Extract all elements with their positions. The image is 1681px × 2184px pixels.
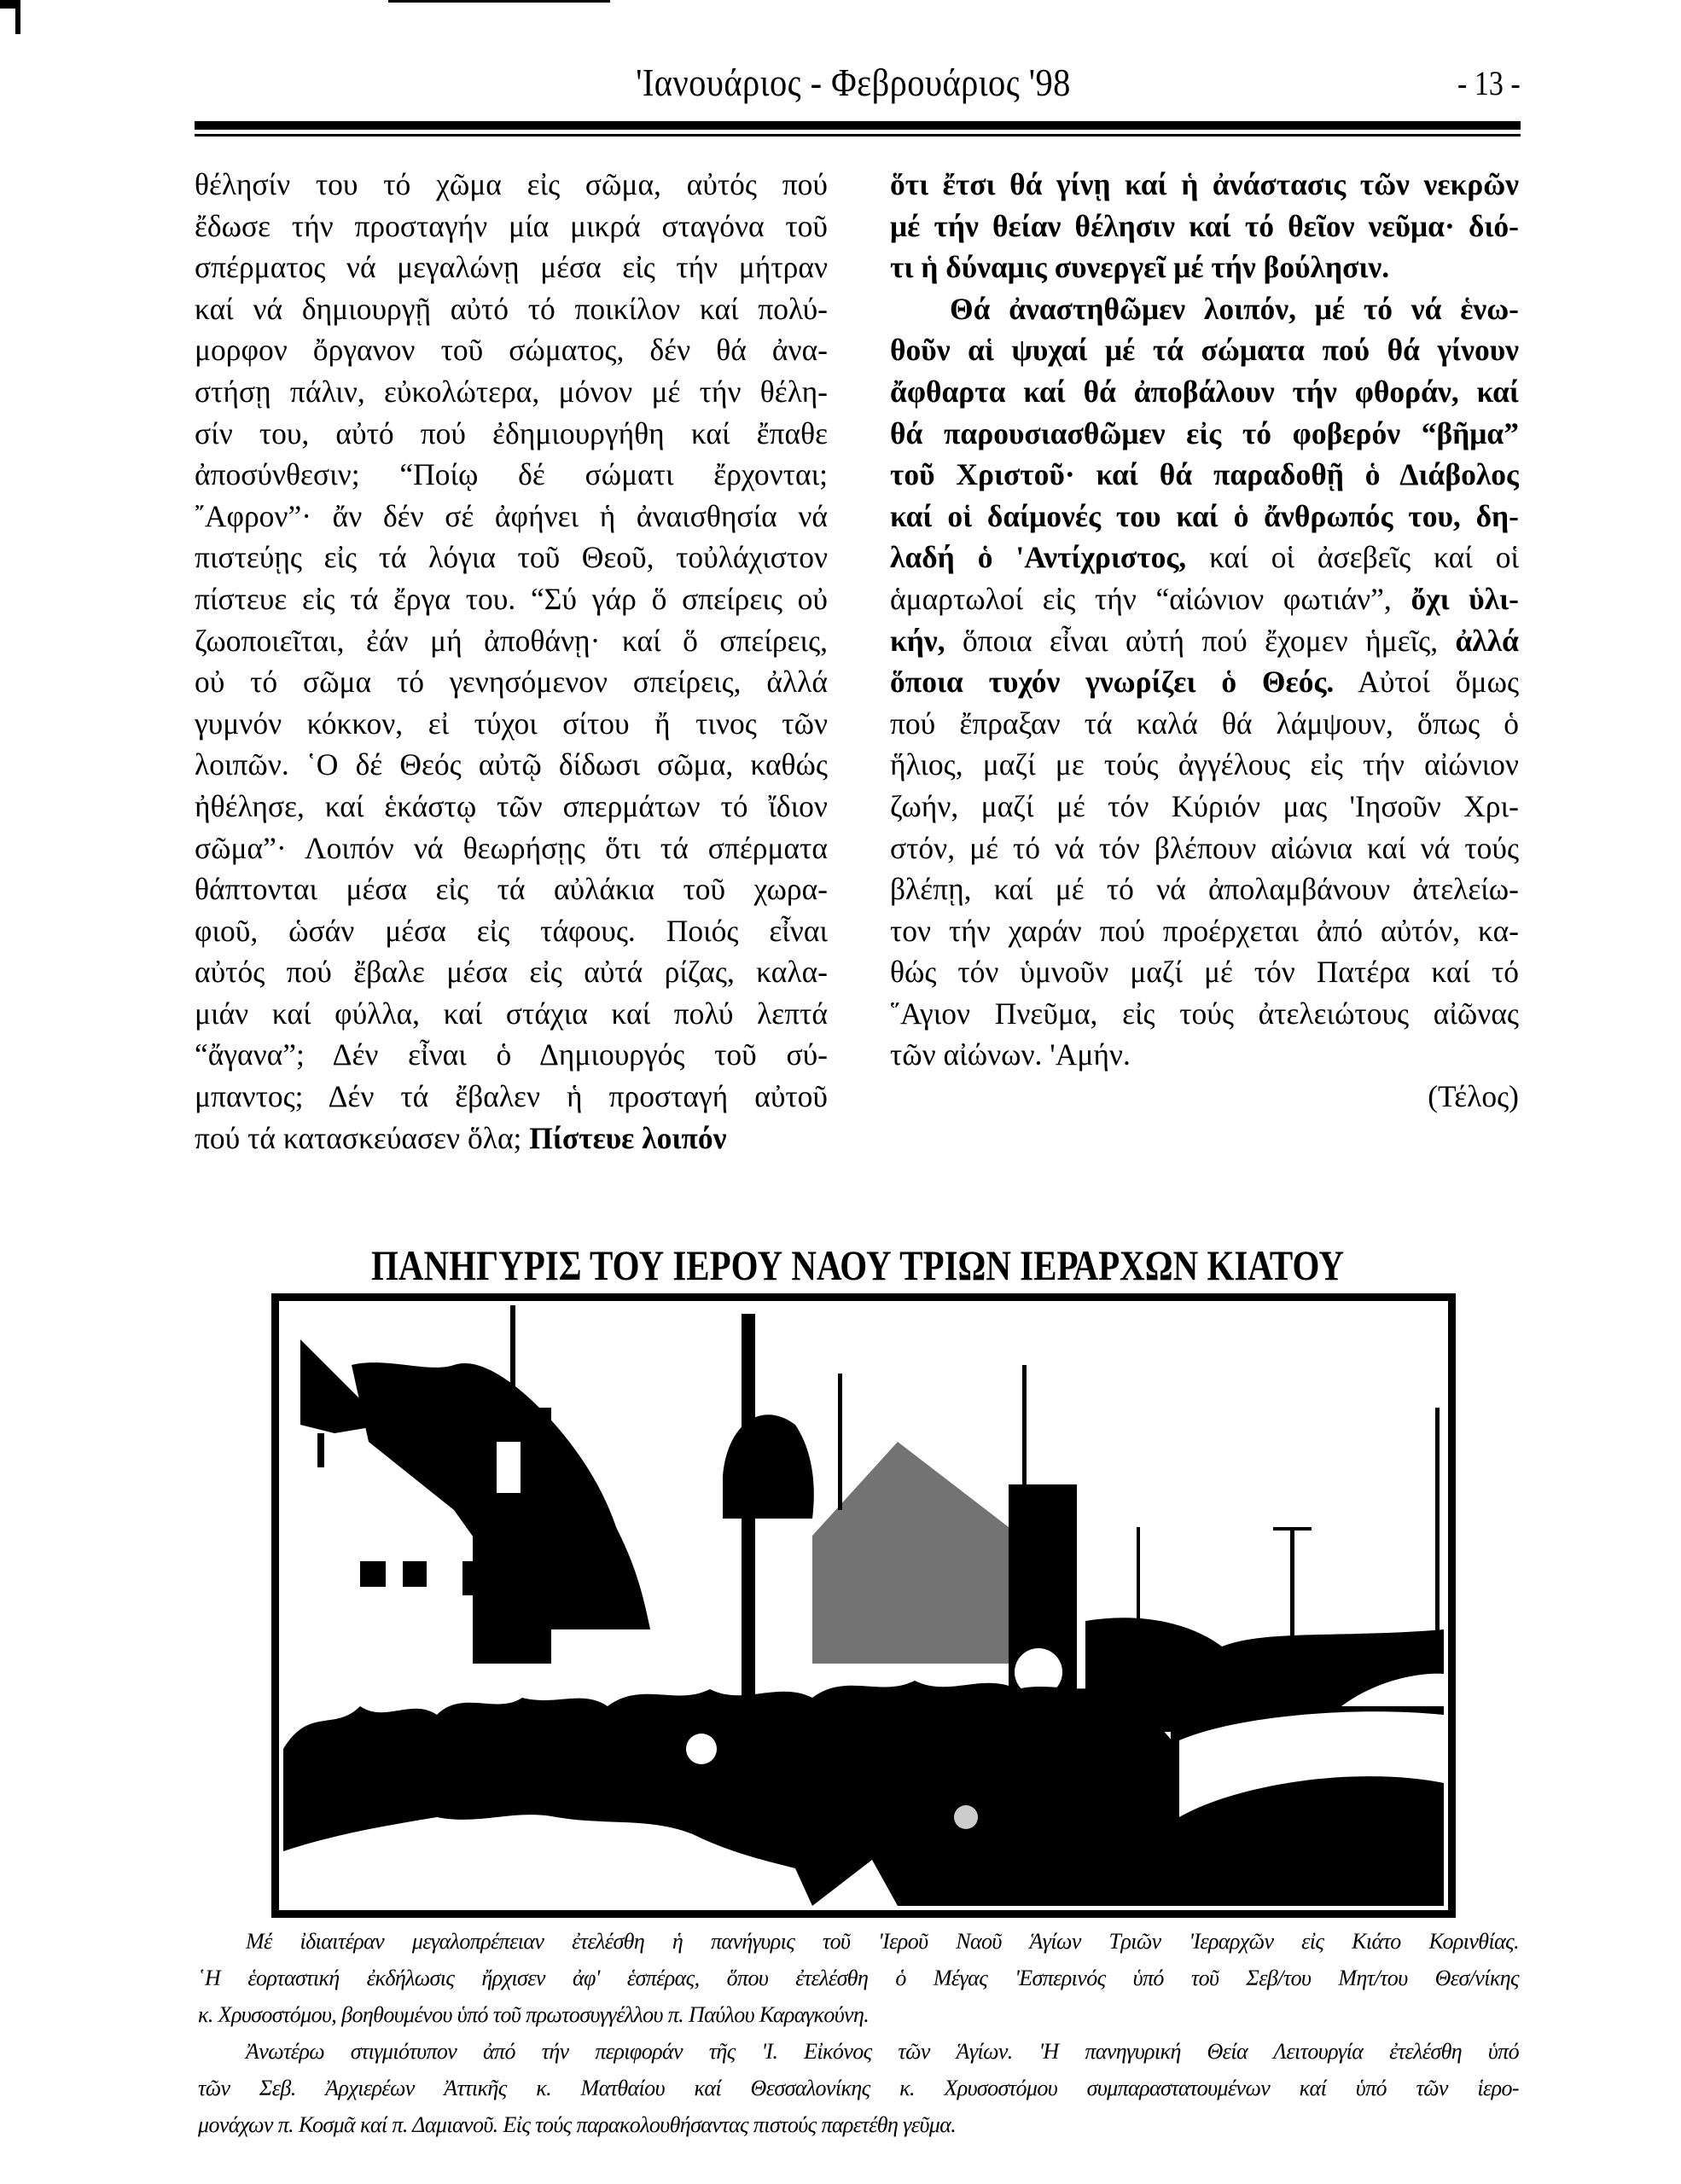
text-run: ἀποσύνθεσιν; “Ποίῳ δέ σώματι ἔρχονται; bbox=[195, 457, 828, 491]
article-column-right: ὅτι ἔτσι θά γίνῃ καί ἡ ἀνάστασις τῶν νεκ… bbox=[890, 164, 1519, 1118]
text-line: στόν, μέ τό νά τόν βλέπουν αἰώνια καί νά… bbox=[890, 828, 1519, 869]
caption-line: Ἀνωτέρω στιγμιότυπον ἀπό τήν περιφοράν τ… bbox=[198, 2033, 1519, 2070]
photo-image bbox=[283, 1305, 1444, 1906]
text-line: ἄφθαρτα καί θά ἀποβάλουν τήν φθοράν, καί bbox=[890, 371, 1519, 413]
text-line: βλέπῃ, καί μέ τό νά ἀπολαμβάνουν ἀτελείω… bbox=[890, 868, 1519, 910]
text-line: ὅποια τυχόν γνωρίζει ὁ Θεός. Αὐτοί ὅμως bbox=[890, 661, 1519, 703]
text-run: καί νά δημιουργῇ αὐτό τό ποικίλον καί πο… bbox=[195, 292, 828, 326]
text-line: ἀποσύνθεσιν; “Ποίῳ δέ σώματι ἔρχονται; bbox=[195, 454, 828, 496]
text-line: πιστεύῃς εἰς τά λόγια τοῦ Θεοῦ, τοὐλάχισ… bbox=[195, 537, 828, 578]
text-line: τοῦ Χριστοῦ· καί θά παραδοθῇ ὁ Διάβολος bbox=[890, 454, 1519, 496]
text-line: τῶν αἰώνων. 'Αμήν. bbox=[890, 1034, 1519, 1076]
text-line: θοῦν αἱ ψυχαί μέ τά σώματα πού θά γίνουν bbox=[890, 329, 1519, 371]
text-run: σίν του, αὐτό πού ἐδημιουργήθη καί ἔπαθε bbox=[195, 416, 828, 450]
text-run: μπαντος; Δέν τά ἔβαλεν ἡ προσταγή αὐτοῦ bbox=[195, 1079, 828, 1113]
text-run: ῞Αγιον Πνεῦμα, εἰς τούς ἀτελειώτους αἰῶν… bbox=[890, 996, 1519, 1031]
text-run: θάπτονται μέσα εἰς τά αὐλάκια τοῦ χωρα- bbox=[195, 872, 828, 906]
text-line: ἔδωσε τήν προσταγήν μία μικρά σταγόνα το… bbox=[195, 206, 828, 247]
issue-date-title: 'Ιανουάριος - Φεβρουάριος '98 bbox=[553, 60, 1154, 105]
text-run: σπέρματος νά μεγαλώνῃ μέσα εἰς τήν μήτρα… bbox=[195, 250, 828, 284]
text-line: καί οἱ δαίμονές του καί ὁ ἄνθρωπός του, … bbox=[890, 496, 1519, 537]
text-line: θώς τόν ὑμνοῦν μαζί μέ τόν Πατέρα καί τό bbox=[890, 951, 1519, 993]
text-line: μπαντος; Δέν τά ἔβαλεν ἡ προσταγή αὐτοῦ bbox=[195, 1076, 828, 1118]
bold-text-run: ὄχι ὑλι- bbox=[1411, 582, 1519, 616]
text-run: φιοῦ, ὡσάν μέσα εἰς τάφους. Ποιός εἶναι bbox=[195, 914, 828, 948]
photo-caption: Μέ ἰδιαιτέραν μεγαλοπρέπειαν ἐτελέσθη ἡ … bbox=[198, 1923, 1519, 2143]
procession-photo bbox=[271, 1293, 1456, 1918]
caption-line: τῶν Σεβ. Ἀρχιερέων Ἀττικῆς κ. Ματθαίου κ… bbox=[198, 2070, 1519, 2106]
bold-text-run: μέ τήν θείαν θέλησιν καί τό θεῖον νεῦμα·… bbox=[890, 209, 1519, 243]
text-line: ῎Αφρον”· ἄν δέν σέ ἀφήνει ἡ ἀναισθησία ν… bbox=[195, 496, 828, 537]
text-line: ἥλιος, μαζί με τούς ἀγγέλους εἰς τήν αἰώ… bbox=[890, 744, 1519, 786]
photo-graphic bbox=[283, 1305, 1444, 1906]
bold-text-run: ἄφθαρτα καί θά ἀποβάλουν τήν φθοράν, καί bbox=[890, 375, 1519, 409]
text-run: ζωήν, μαζί μέ τόν Κύριόν μας 'Ιησοῦν Χρι… bbox=[890, 789, 1519, 823]
bold-text-run: κήν, bbox=[890, 624, 945, 658]
text-line: ζωήν, μαζί μέ τόν Κύριόν μας 'Ιησοῦν Χρι… bbox=[890, 786, 1519, 828]
text-run: αὐτός πού ἔβαλε μέσα εἰς αὐτά ρίζας, καλ… bbox=[195, 955, 828, 989]
text-line: Θά ἀναστηθῶμεν λοιπόν, μέ τό νά ἑνω- bbox=[890, 288, 1519, 330]
text-run: μιάν καί φύλλα, καί στάχια καί πολύ λεπτ… bbox=[195, 996, 828, 1031]
text-run: λοιπῶν. ῾Ο δέ Θεός αὐτῷ δίδωσι σῶμα, καθ… bbox=[195, 747, 828, 781]
text-line: αὐτός πού ἔβαλε μέσα εἰς αὐτά ρίζας, καλ… bbox=[195, 951, 828, 993]
text-line: ὅτι ἔτσι θά γίνῃ καί ἡ ἀνάστασις τῶν νεκ… bbox=[890, 164, 1519, 206]
bold-text-run: Πίστευε λοιπόν bbox=[529, 1121, 726, 1155]
text-run: πιστεύῃς εἰς τά λόγια τοῦ Θεοῦ, τοὐλάχισ… bbox=[195, 540, 828, 574]
caption-line: ῾Η ἑορταστική ἐκδήλωσις ἤρχισεν ἀφ' ἑσπέ… bbox=[198, 1960, 1519, 1996]
text-line: θά παρουσιασθῶμεν εἰς τό φοβερόν “βῆμα” bbox=[890, 413, 1519, 455]
scan-artifact bbox=[15, 0, 20, 34]
text-line: γυμνόν κόκκον, εἰ τύχοι σίτου ἤ τινος τῶ… bbox=[195, 703, 828, 745]
text-run: ῎Αφρον”· ἄν δέν σέ ἀφήνει ἡ ἀναισθησία ν… bbox=[195, 499, 828, 533]
text-run: ἥλιος, μαζί με τούς ἀγγέλους εἰς τήν αἰώ… bbox=[890, 747, 1519, 781]
text-line: θέλησίν του τό χῶμα εἰς σῶμα, αὐτός πού bbox=[195, 164, 828, 206]
bold-text-run: τι ἡ δύναμις συνεργεῖ μέ τήν βούλησιν. bbox=[890, 250, 1389, 284]
end-mark: (Τέλος) bbox=[890, 1076, 1519, 1118]
text-line: οὐ τό σῶμα τό γενησόμενον σπείρεις, ἀλλά bbox=[195, 661, 828, 703]
article-column-left: θέλησίν του τό χῶμα εἰς σῶμα, αὐτός πούἔ… bbox=[195, 164, 828, 1159]
text-run: ζωοποιεῖται, ἐάν μή ἀποθάνῃ· καί ὅ σπείρ… bbox=[195, 624, 828, 658]
text-run: ἠθέλησε, καί ἑκάστῳ τῶν σπερμάτων τό ἴδι… bbox=[195, 789, 828, 823]
text-line: λοιπῶν. ῾Ο δέ Θεός αὐτῷ δίδωσι σῶμα, καθ… bbox=[195, 744, 828, 786]
text-run: ἔδωσε τήν προσταγήν μία μικρά σταγόνα το… bbox=[195, 209, 828, 243]
text-line: λαδή ὁ 'Αντίχριστος, καί οἱ ἀσεβεῖς καί … bbox=[890, 537, 1519, 578]
bold-text-run: θοῦν αἱ ψυχαί μέ τά σώματα πού θά γίνουν bbox=[890, 333, 1519, 367]
header-rule-thin bbox=[195, 134, 1521, 136]
text-run: γυμνόν κόκκον, εἰ τύχοι σίτου ἤ τινος τῶ… bbox=[195, 706, 828, 741]
text-run: στόν, μέ τό νά τόν βλέπουν αἰώνια καί νά… bbox=[890, 831, 1519, 865]
text-line: μορφον ὄργανον τοῦ σώματος, δέν θά ἀνα- bbox=[195, 329, 828, 371]
caption-line: μονάχων π. Κοσμᾶ καί π. Δαμιανοῦ. Εἰς το… bbox=[198, 2106, 1519, 2143]
text-run: ὅποια εἶναι αὐτή πού ἔχομεν ἡμεῖς, bbox=[945, 624, 1456, 658]
text-run: πίστευε εἰς τά ἔργα του. “Σύ γάρ ὅ σπείρ… bbox=[195, 582, 828, 616]
feature-heading: ΠΑΝΗΓΥΡΙΣ ΤΟΥ ΙΕΡΟΥ ΝΑΟΥ ΤΡΙΩΝ ΙΕΡΑΡΧΩΝ … bbox=[314, 1240, 1401, 1290]
text-line: πού ἔπραξαν τά καλά θά λάμψουν, ὅπως ὁ bbox=[890, 703, 1519, 745]
text-line: τον τήν χαράν πού προέρχεται ἀπό αὐτόν, … bbox=[890, 910, 1519, 952]
text-run: μορφον ὄργανον τοῦ σώματος, δέν θά ἀνα- bbox=[195, 333, 828, 367]
text-run: θώς τόν ὑμνοῦν μαζί μέ τόν Πατέρα καί τό bbox=[890, 955, 1519, 989]
bold-text-run: ὅτι ἔτσι θά γίνῃ καί ἡ ἀνάστασις τῶν νεκ… bbox=[890, 167, 1519, 201]
text-line: τι ἡ δύναμις συνεργεῖ μέ τήν βούλησιν. bbox=[890, 247, 1519, 288]
text-line: σίν του, αὐτό πού ἐδημιουργήθη καί ἔπαθε bbox=[195, 413, 828, 455]
text-line: σῶμα”· Λοιπόν νά θεωρήσῃς ὅτι τά σπέρματ… bbox=[195, 828, 828, 869]
caption-line: κ. Χρυσοστόμου, βοηθουμένου ὑπό τοῦ πρωτ… bbox=[198, 1996, 1519, 2033]
text-run: ἁμαρτωλοί εἰς τήν “αἰώνιον φωτιάν”, bbox=[890, 582, 1411, 616]
page-number: - 13 - bbox=[1457, 63, 1521, 103]
text-line: σπέρματος νά μεγαλώνῃ μέσα εἰς τήν μήτρα… bbox=[195, 247, 828, 288]
text-run: τον τήν χαράν πού προέρχεται ἀπό αὐτόν, … bbox=[890, 914, 1519, 948]
bold-text-run: θά παρουσιασθῶμεν εἰς τό φοβερόν “βῆμα” bbox=[890, 416, 1519, 450]
bold-text-run: ἀλλά bbox=[1455, 624, 1519, 658]
text-run: σῶμα”· Λοιπόν νά θεωρήσῃς ὅτι τά σπέρματ… bbox=[195, 831, 828, 865]
bold-text-run: Θά ἀναστηθῶμεν λοιπόν, μέ τό νά ἑνω- bbox=[950, 292, 1519, 326]
text-run: οὐ τό σῶμα τό γενησόμενον σπείρεις, ἀλλά bbox=[195, 665, 828, 699]
text-line: πού τά κατασκεύασεν ὅλα; Πίστευε λοιπόν bbox=[195, 1118, 828, 1159]
text-line: ῞Αγιον Πνεῦμα, εἰς τούς ἀτελειώτους αἰῶν… bbox=[890, 993, 1519, 1035]
text-line: μέ τήν θείαν θέλησιν καί τό θεῖον νεῦμα·… bbox=[890, 206, 1519, 247]
text-line: “ἄγανα”; Δέν εἶναι ὁ Δημιουργός τοῦ σύ- bbox=[195, 1034, 828, 1076]
header-rule-thick bbox=[195, 121, 1521, 130]
text-line: στήσῃ πάλιν, εὐκολώτερα, μόνον μέ τήν θέ… bbox=[195, 371, 828, 413]
bold-text-run: τοῦ Χριστοῦ· καί θά παραδοθῇ ὁ Διάβολος bbox=[890, 457, 1519, 491]
bold-text-run: καί οἱ δαίμονές του καί ὁ ἄνθρωπός του, … bbox=[890, 499, 1519, 533]
text-line: φιοῦ, ὡσάν μέσα εἰς τάφους. Ποιός εἶναι bbox=[195, 910, 828, 952]
scan-artifact bbox=[388, 0, 610, 3]
text-run: “ἄγανα”; Δέν εἶναι ὁ Δημιουργός τοῦ σύ- bbox=[195, 1037, 828, 1072]
text-line: μιάν καί φύλλα, καί στάχια καί πολύ λεπτ… bbox=[195, 993, 828, 1035]
text-run: πού ἔπραξαν τά καλά θά λάμψουν, ὅπως ὁ bbox=[890, 706, 1519, 741]
text-line: ἁμαρτωλοί εἰς τήν “αἰώνιον φωτιάν”, ὄχι … bbox=[890, 578, 1519, 620]
bold-text-run: λαδή ὁ 'Αντίχριστος, bbox=[890, 540, 1186, 574]
text-run: πού τά κατασκεύασεν ὅλα; bbox=[195, 1121, 529, 1155]
caption-line: Μέ ἰδιαιτέραν μεγαλοπρέπειαν ἐτελέσθη ἡ … bbox=[198, 1923, 1519, 1960]
text-line: καί νά δημιουργῇ αὐτό τό ποικίλον καί πο… bbox=[195, 288, 828, 330]
text-line: κήν, ὅποια εἶναι αὐτή πού ἔχομεν ἡμεῖς, … bbox=[890, 620, 1519, 662]
text-line: θάπτονται μέσα εἰς τά αὐλάκια τοῦ χωρα- bbox=[195, 868, 828, 910]
text-run: Αὐτοί ὅμως bbox=[1334, 665, 1519, 699]
text-line: ζωοποιεῖται, ἐάν μή ἀποθάνῃ· καί ὅ σπείρ… bbox=[195, 620, 828, 662]
text-run: στήσῃ πάλιν, εὐκολώτερα, μόνον μέ τήν θέ… bbox=[195, 375, 828, 409]
text-line: ἠθέλησε, καί ἑκάστῳ τῶν σπερμάτων τό ἴδι… bbox=[195, 786, 828, 828]
text-run: καί οἱ ἀσεβεῖς καί οἱ bbox=[1186, 540, 1519, 574]
text-run: βλέπῃ, καί μέ τό νά ἀπολαμβάνουν ἀτελείω… bbox=[890, 872, 1519, 906]
text-run: θέλησίν του τό χῶμα εἰς σῶμα, αὐτός πού bbox=[195, 167, 828, 201]
text-line: πίστευε εἰς τά ἔργα του. “Σύ γάρ ὅ σπείρ… bbox=[195, 578, 828, 620]
text-run: τῶν αἰώνων. 'Αμήν. bbox=[890, 1037, 1131, 1072]
bold-text-run: ὅποια τυχόν γνωρίζει ὁ Θεός. bbox=[890, 665, 1334, 699]
